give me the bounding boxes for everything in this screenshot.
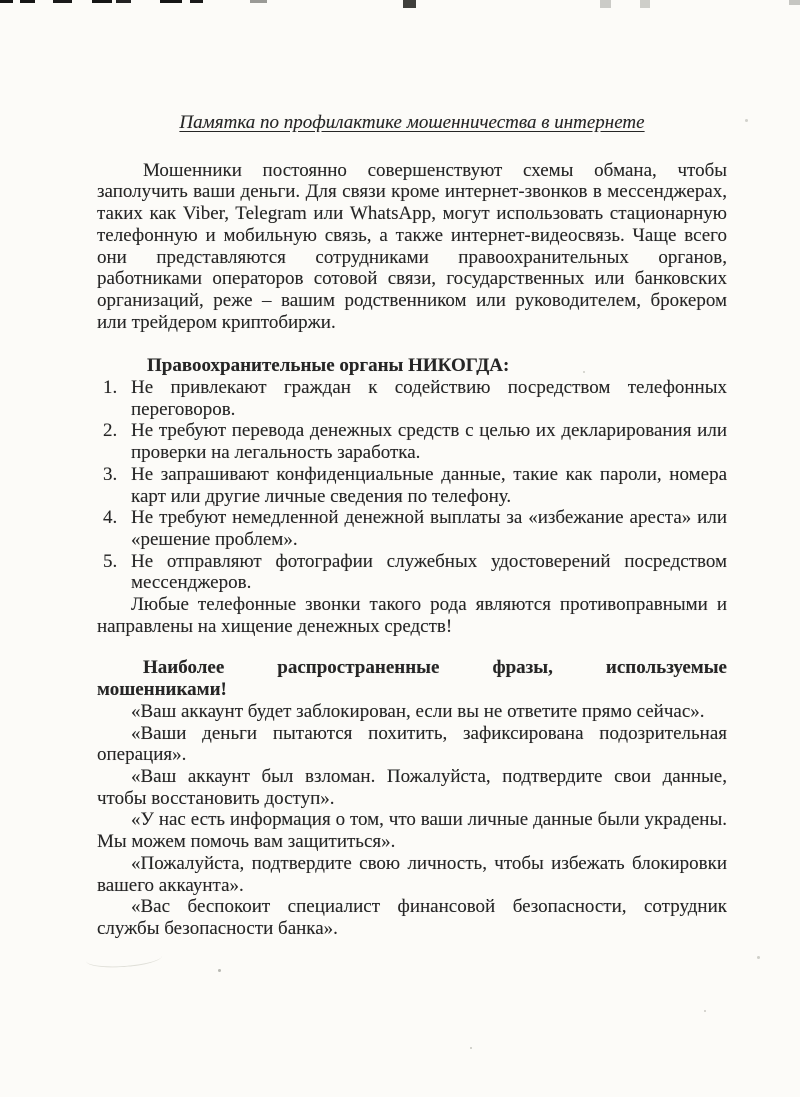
list-item-text: Не отправляют фотографии служебных удост…: [131, 551, 727, 594]
scan-artifact: [403, 0, 416, 8]
scan-artifact: [218, 969, 221, 972]
list-item: 2. Не требуют перевода денежных средств …: [97, 420, 727, 463]
scan-artifact: [757, 956, 760, 959]
list-item: 4. Не требуют немедленной денежной выпла…: [97, 507, 727, 550]
scan-artifact: [640, 0, 650, 8]
scam-phrase: «Ваш аккаунт был взломан. Пожалуйста, по…: [97, 766, 727, 809]
scanned-document-page: Памятка по профилактике мошенничества в …: [0, 0, 800, 1097]
list-item-text: Не требуют перевода денежных средств с ц…: [131, 420, 727, 463]
scan-artifact: [745, 119, 748, 122]
scam-phrase: «У нас есть информация о том, что ваши л…: [97, 809, 727, 852]
list-item: 3. Не запрашивают конфиденциальные данны…: [97, 464, 727, 507]
scan-artifact: [600, 0, 611, 8]
list-item-text: Не привлекают граждан к содействию посре…: [131, 377, 727, 420]
scan-artifact: [250, 0, 267, 3]
never-heading: Правоохранительные органы НИКОГДА:: [97, 355, 727, 377]
scam-phrase: «Ваши деньги пытаются похитить, зафиксир…: [97, 723, 727, 766]
list-item-text: Не требуют немедленной денежной выплаты …: [131, 507, 727, 550]
warning-paragraph: Любые телефонные звонки такого рода явля…: [97, 594, 727, 637]
scan-artifact: [583, 371, 585, 373]
list-item-number: 2.: [103, 420, 117, 442]
scan-artifact: [116, 0, 131, 3]
list-item-number: 4.: [103, 507, 117, 529]
document-body: Памятка по профилактике мошенничества в …: [97, 112, 727, 940]
phrases-heading-line2: мошенниками!: [97, 679, 727, 701]
scan-artifact: [20, 0, 35, 3]
list-item-text: Не запрашивают конфиденциальные данные, …: [131, 464, 727, 507]
scam-phrase: «Пожалуйста, подтвердите свою личность, …: [97, 853, 727, 896]
scam-phrase: «Ваш аккаунт будет заблокирован, если вы…: [97, 701, 727, 723]
list-item: 5. Не отправляют фотографии служебных уд…: [97, 551, 727, 594]
never-list: 1. Не привлекают граждан к содействию по…: [97, 377, 727, 594]
document-title: Памятка по профилактике мошенничества в …: [97, 112, 727, 134]
scan-artifact: [704, 1010, 706, 1012]
scan-artifact: [0, 0, 13, 3]
intro-paragraph: Мошенники постоянно совершенствуют схемы…: [97, 160, 727, 334]
scan-artifact: [470, 1047, 472, 1049]
list-item: 1. Не привлекают граждан к содействию по…: [97, 377, 727, 420]
scan-artifact: [85, 947, 162, 969]
scan-artifact: [92, 0, 112, 3]
list-item-number: 1.: [103, 377, 117, 399]
phrases-heading-line1: Наиболее распространенные фразы, использ…: [97, 657, 727, 679]
list-item-number: 3.: [103, 464, 117, 486]
scan-artifact: [53, 0, 72, 3]
scan-artifact: [160, 0, 182, 3]
scan-artifact: [789, 0, 800, 5]
list-item-number: 5.: [103, 551, 117, 573]
scam-phrase: «Вас беспокоит специалист финансовой без…: [97, 896, 727, 939]
scan-artifact: [190, 0, 203, 3]
